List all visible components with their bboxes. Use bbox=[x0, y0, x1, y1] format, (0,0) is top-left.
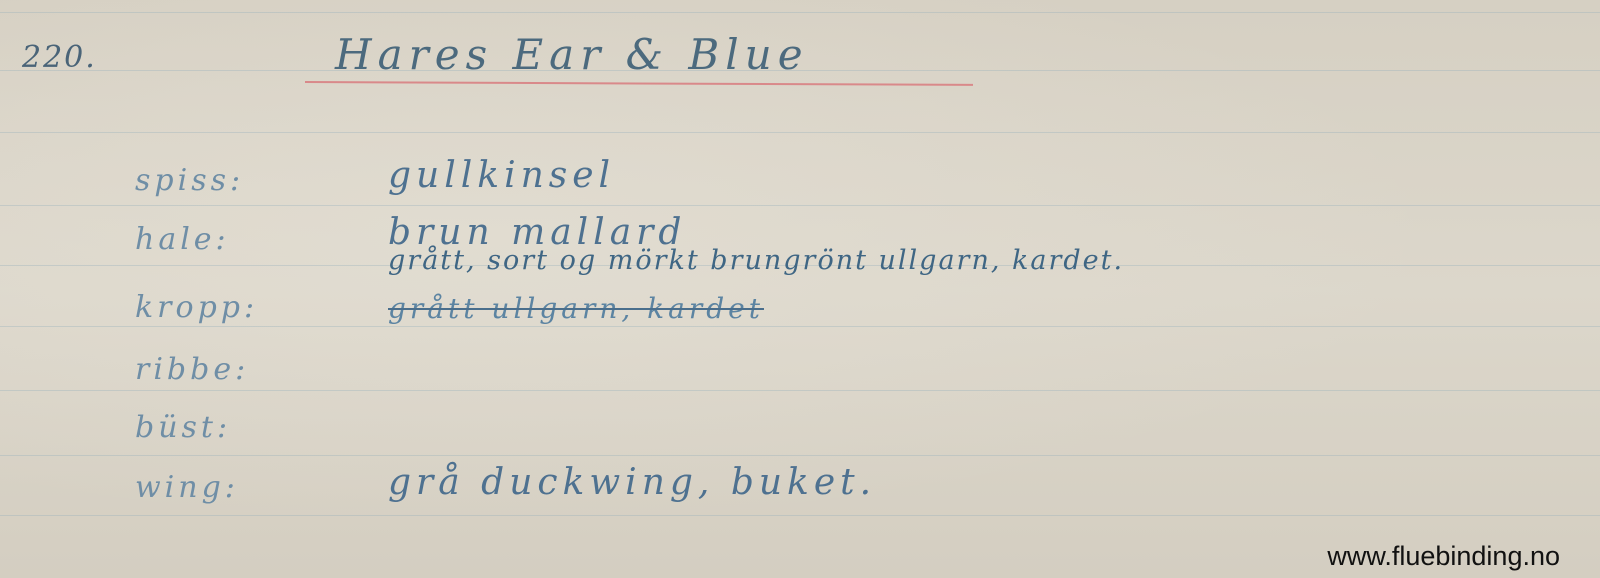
field-value-kropp-struck: grått ullgarn, kardet bbox=[388, 292, 764, 325]
watermark-link[interactable]: www.fluebinding.no bbox=[1327, 541, 1560, 572]
field-label-spiss: spiss: bbox=[135, 163, 244, 198]
ruled-line bbox=[0, 455, 1600, 456]
field-label-bust: büst: bbox=[135, 410, 231, 445]
field-label-hale: hale: bbox=[135, 222, 230, 257]
ruled-line bbox=[0, 390, 1600, 391]
ruled-line bbox=[0, 205, 1600, 206]
title-underline bbox=[305, 81, 973, 86]
pattern-title: Hares Ear & Blue bbox=[335, 30, 809, 79]
field-value-spiss: gullkinsel bbox=[388, 155, 615, 196]
field-value-kropp: grått, sort og mörkt brungrönt ullgarn, … bbox=[388, 245, 1124, 276]
ruled-line bbox=[0, 326, 1600, 327]
field-label-ribbe: ribbe: bbox=[135, 352, 249, 387]
entry-number: 220. bbox=[22, 40, 97, 75]
ruled-line bbox=[0, 12, 1600, 13]
field-value-wing: grå duckwing, buket. bbox=[388, 462, 876, 503]
ruled-line bbox=[0, 515, 1600, 516]
field-label-kropp: kropp: bbox=[135, 290, 258, 325]
ruled-line bbox=[0, 132, 1600, 133]
field-label-wing: wing: bbox=[135, 470, 239, 505]
